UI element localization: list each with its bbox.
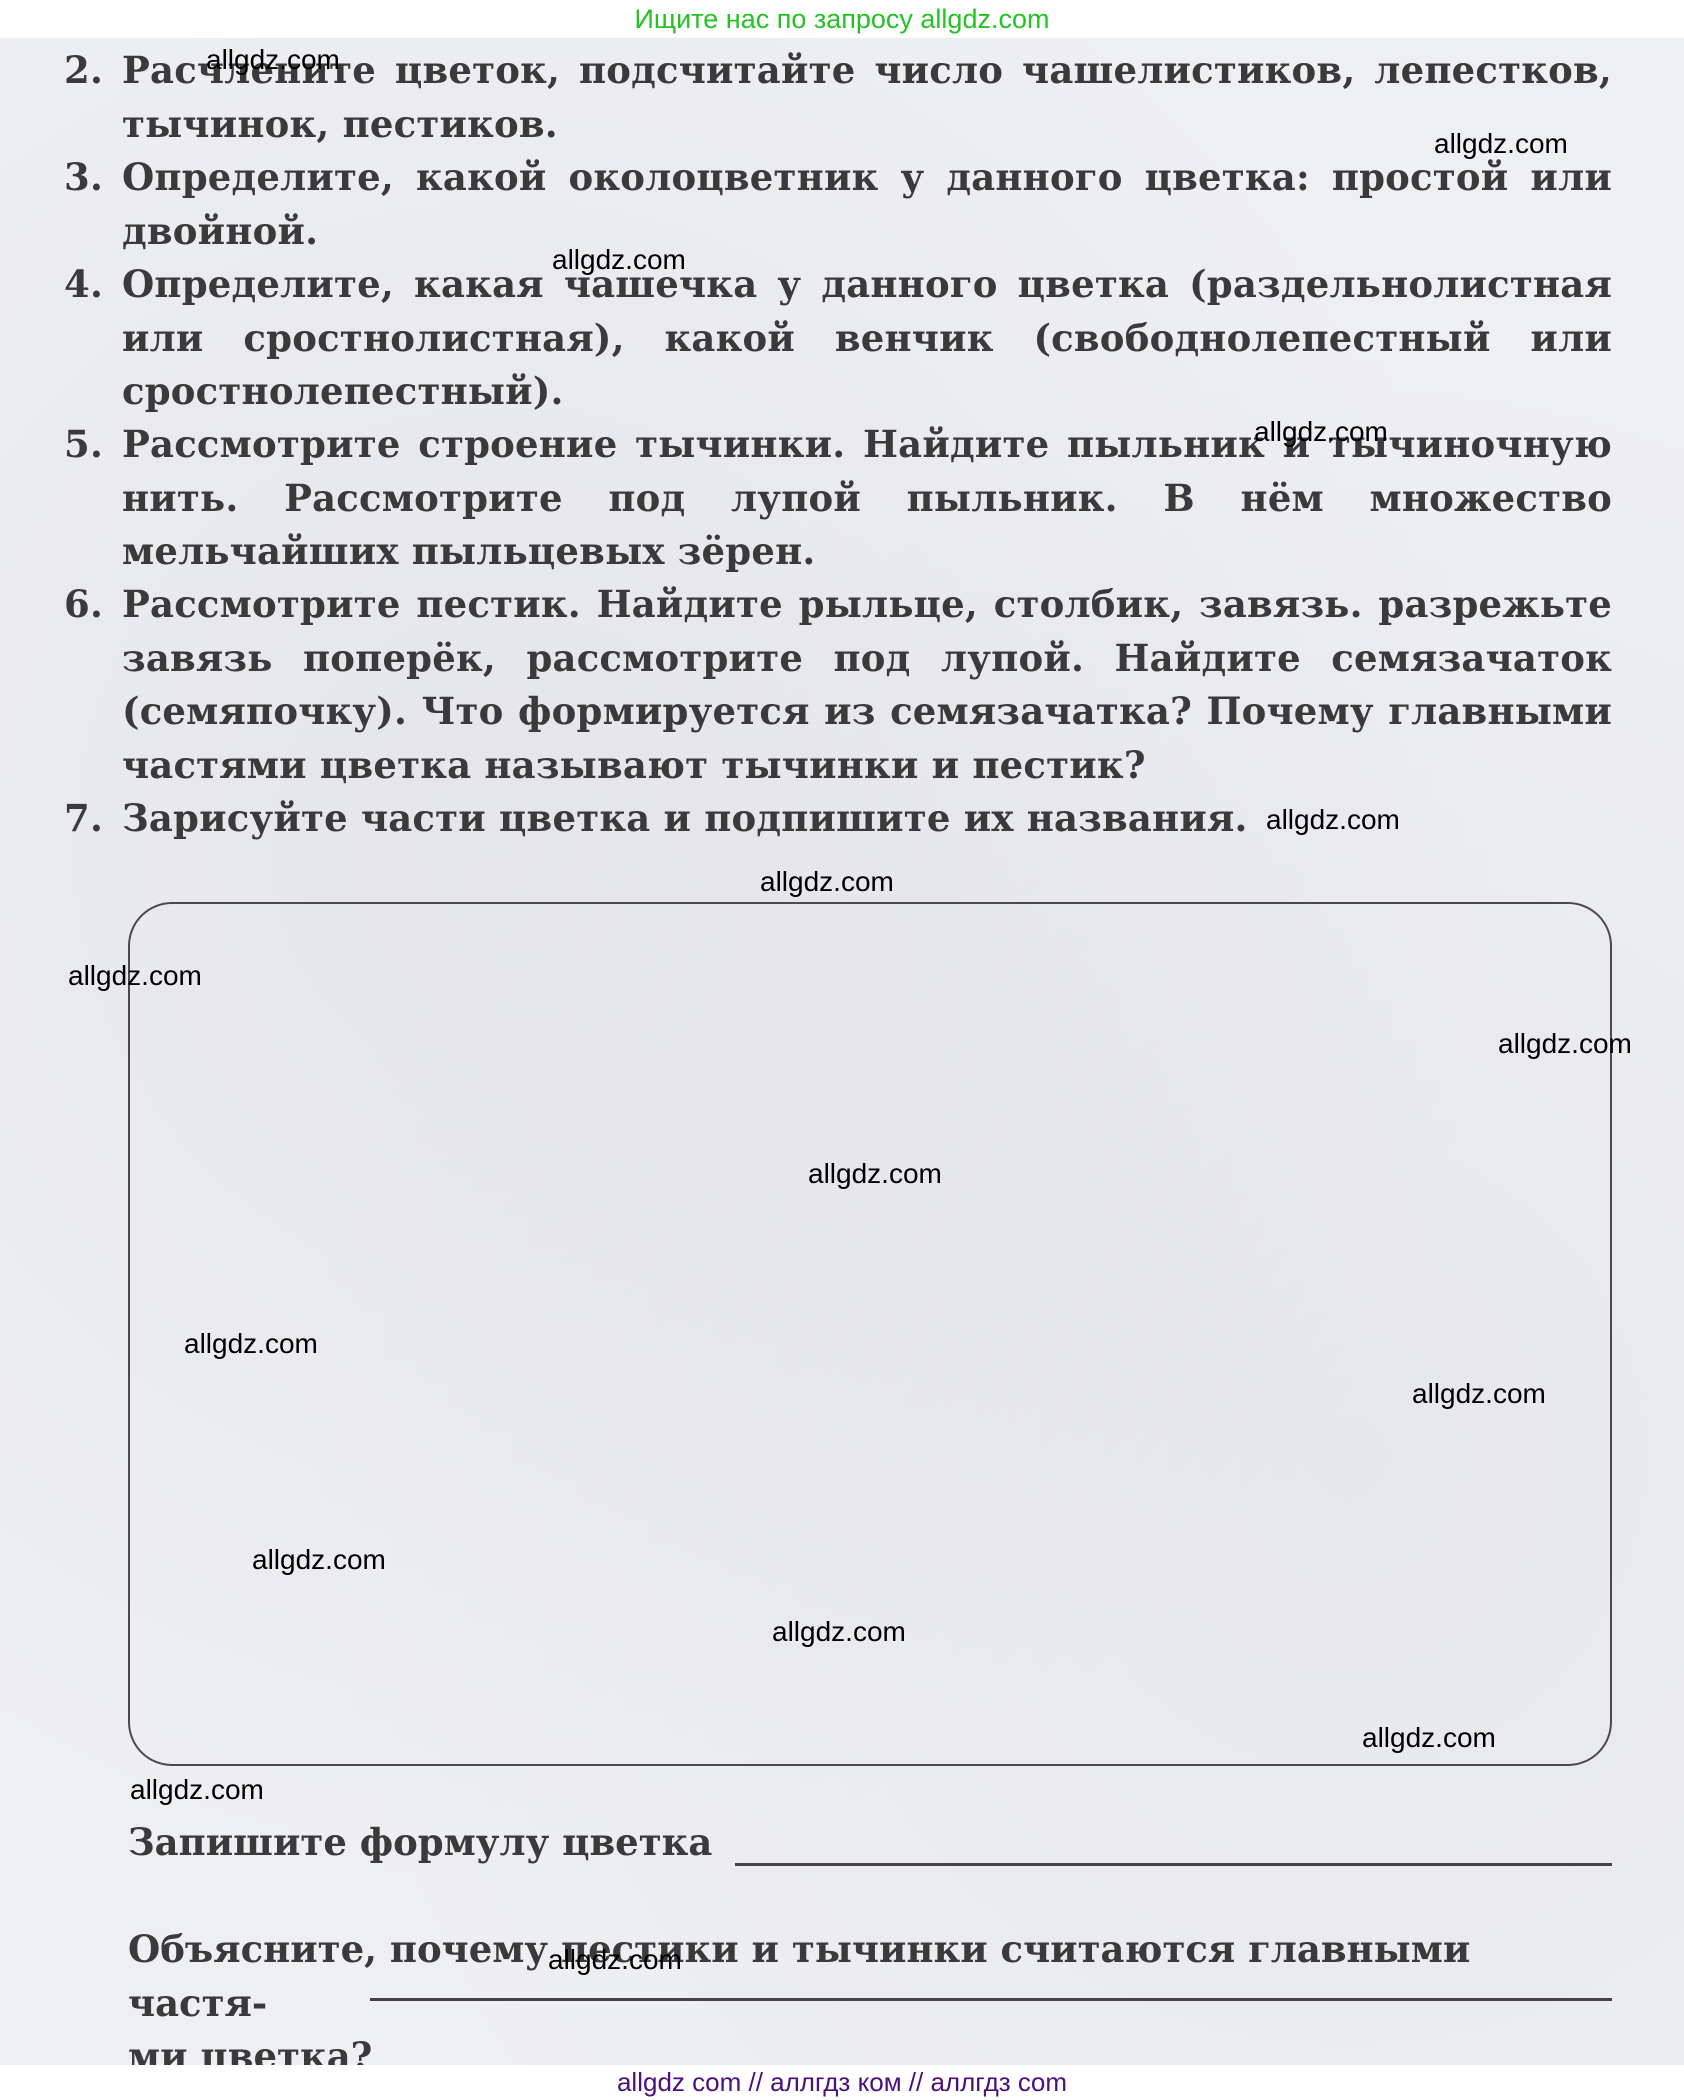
watermark: allgdz.com [808,1158,942,1190]
footer-text: allgdz com // аллгдз ком // аллгдз com [617,2067,1067,2097]
bottom-banner: allgdz com // аллгдз ком // аллгдз com [0,2065,1684,2100]
task-number: 2. [64,44,103,98]
watermark: allgdz.com [1412,1378,1546,1410]
explain-prompt: Объясните, почему пестики и тычинки счит… [128,1923,1612,2084]
task-4: 4. Определите, какая чашечка у данного ц… [64,258,1612,419]
watermark: allgdz.com [1254,416,1388,448]
watermark: allgdz.com [1266,804,1400,836]
watermark: allgdz.com [548,1944,682,1976]
task-text: Определите, какой околоцветник у данного… [122,151,1612,258]
formula-label: Запишите формулу цветка [128,1820,712,1864]
watermark: allgdz.com [252,1544,386,1576]
top-banner: Ищите нас по запросу allgdz.com [0,0,1684,38]
task-text: Расчлените цветок, подсчитайте число чаш… [122,44,1612,151]
task-number: 3. [64,151,103,205]
explain-answer-line[interactable] [370,1998,1612,2001]
workbook-page: 2. Расчлените цветок, подсчитайте число … [0,38,1684,2065]
task-6: 6. Рассмотрите пестик. Найдите рыльце, с… [64,578,1612,792]
task-number: 7. [64,792,103,846]
task-3: 3. Определите, какой околоцветник у данн… [64,151,1612,258]
task-text: Рассмотрите строение тычинки. Найдите пы… [122,418,1612,579]
watermark: allgdz.com [1362,1722,1496,1754]
search-banner-text: Ищите нас по запросу allgdz.com [635,4,1050,34]
formula-prompt: Запишите формулу цветка [128,1816,1612,1870]
watermark: allgdz.com [1434,128,1568,160]
watermark: allgdz.com [552,244,686,276]
watermark: allgdz.com [1498,1028,1632,1060]
watermark: allgdz.com [206,44,340,76]
formula-answer-line[interactable] [735,1863,1612,1866]
watermark: allgdz.com [760,866,894,898]
watermark: allgdz.com [184,1328,318,1360]
watermark: allgdz.com [772,1616,906,1648]
task-number: 6. [64,578,103,632]
task-number: 4. [64,258,103,312]
explain-label-line1: Объясните, почему пестики и тычинки счит… [128,1927,1470,2025]
watermark: allgdz.com [130,1774,264,1806]
watermark: allgdz.com [68,960,202,992]
task-text: Рассмотрите пестик. Найдите рыльце, стол… [122,578,1612,792]
task-number: 5. [64,418,103,472]
task-text: Определите, какая чашечка у данного цвет… [122,258,1612,419]
